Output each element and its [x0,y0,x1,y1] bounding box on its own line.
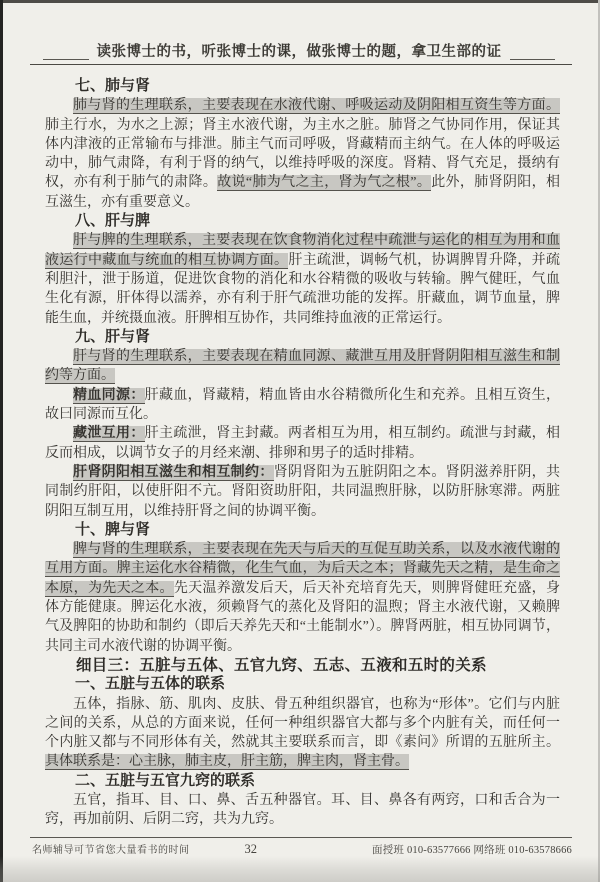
paragraph: 藏泄互用：肝主疏泄，肾主封藏。两者相互为用，相互制约。疏泄与封藏，相反而相成，以… [45,424,560,463]
heading-text: 细目三：五脏与五体、五官九窍、五志、五液和五时的关系 [76,657,487,674]
heading-text: 二、五脏与五官九窍的联系 [75,773,255,789]
highlighted-text: 肝与肾的生理联系，主要表现在精血同源、藏泄互用及肝肾阴阳相互滋生和制约等方面。 [45,349,560,384]
scanned-book-page: 读张博士的书，听张博士的课，做张博士的题，拿卫生部的证 七、肺与肾肺与肾的生理联… [0,0,600,882]
body-text: 五体，指脉、筋、肌肉、皮肤、骨五种组织器官，也称为“形体”。它们与内脏之间的关系… [45,697,560,751]
section-heading: 二、五脏与五官九窍的联系 [45,772,560,791]
page-header: 读张博士的书，听张博士的课，做张博士的题，拿卫生部的证 [43,42,555,62]
section-heading: 九、肝与肾 [45,328,560,347]
document-body: 七、肺与肾肺与肾的生理联系，主要表现在水液代谢、呼吸运动及阴阳相互资生等方面。肺… [45,77,560,831]
chapter-heading: 细目三：五脏与五体、五官九窍、五志、五液和五时的关系 [45,656,560,675]
highlighted-text: 精血同源： [73,388,145,404]
paragraph: 五体，指脉、筋、肌肉、皮肤、骨五种组织器官，也称为“形体”。它们与内脏之间的关系… [45,695,560,772]
header-right-line [510,59,556,60]
paragraph: 肺与肾的生理联系，主要表现在水液代谢、呼吸运动及阴阳相互资生等方面。肺主行水，为… [45,96,560,212]
header-rule [30,64,572,65]
paragraph: 肝与肾的生理联系，主要表现在精血同源、藏泄互用及肝肾阴阳相互滋生和制约等方面。 [45,347,560,386]
section-heading: 十、脾与肾 [45,521,560,540]
section-heading: 七、肺与肾 [45,77,560,96]
page-number: 32 [245,842,258,857]
highlighted-text: 具体联系是：心主脉，肺主皮，肝主筋，脾主肉，肾主骨。 [45,754,409,770]
scan-edge-left [0,0,3,882]
heading-text: 九、肝与肾 [75,329,150,345]
header-slogan: 读张博士的书，听张博士的课，做张博士的题，拿卫生部的证 [97,42,502,62]
heading-text: 八、肝与脾 [75,213,150,229]
heading-text: 十、脾与肾 [75,522,150,538]
highlighted-text: 藏泄互用： [73,426,145,442]
scan-edge-bottom [0,856,600,882]
highlighted-text: 肝肾阴阳相互滋生和相互制约： [73,465,274,481]
body-text: 五官，指耳、目、口、鼻、舌五种器官。耳、目、鼻各有两窍，口和舌合为一窍，再加前阴… [45,793,560,827]
paragraph: 精血同源：肝藏血，肾藏精，精血皆由水谷精微所化生和充养。且相互资生，故曰同源而互… [45,386,560,425]
footer-contact: 面授班 010-63577666 网络班 010-63578666 [372,842,572,857]
heading-text: 七、肺与肾 [75,78,150,94]
paragraph: 肝与脾的生理联系，主要表现在饮食物消化过程中疏泄与运化的相互为用和血液运行中藏血… [45,231,560,327]
heading-text: 一、五脏与五体的联系 [75,676,225,692]
paragraph: 脾与肾的生理联系，主要表现在先天与后天的互促互助关系，以及水液代谢的互用方面。脾… [45,540,560,656]
paragraph: 肝肾阴阳相互滋生和相互制约：肾阴肾阳为五脏阴阳之本。肾阴滋养肝阴，共同制约肝阳，… [45,463,560,521]
highlighted-text: 肺与肾的生理联系，主要表现在水液代谢、呼吸运动及阴阳相互资生等方面。 [73,98,560,114]
paragraph: 五官，指耳、目、口、鼻、舌五种器官。耳、目、鼻各有两窍，口和舌合为一窍，再加前阴… [45,791,560,830]
header-left-line [43,59,89,60]
scan-edge-top [0,0,600,3]
section-heading: 八、肝与脾 [45,212,560,231]
highlighted-text: 故说“肺为气之主，肾为气之根”。 [217,175,431,191]
page-footer: 名师辅导可节省您大量看书的时间 32 面授班 010-63577666 网络班 … [32,841,572,857]
footer-rule [30,837,572,838]
footer-left-slogan: 名师辅导可节省您大量看书的时间 [32,841,190,856]
section-heading: 一、五脏与五体的联系 [45,675,560,694]
